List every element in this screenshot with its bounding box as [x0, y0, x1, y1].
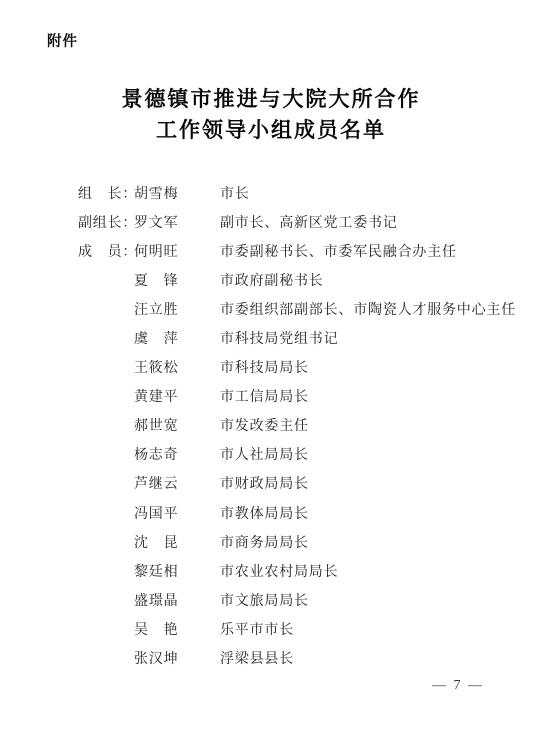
member-name: 黎廷相: [134, 561, 220, 581]
roster-row: 郝世宽 市发改委主任: [78, 411, 526, 440]
member-title: 市教体局局长: [220, 503, 526, 523]
roster-row: 张汉坤 浮梁县县长: [78, 644, 526, 673]
member-title: 副市长、高新区党工委书记: [220, 212, 526, 232]
document-title-line1: 景德镇市推进与大院大所合作: [0, 84, 542, 115]
role-label: 副组长：: [78, 212, 134, 232]
member-name: 杨志奇: [134, 444, 220, 464]
member-name: 罗文军: [134, 212, 220, 232]
roster-row: 杨志奇 市人社局局长: [78, 440, 526, 469]
roster-row: 黎廷相 市农业农村局局长: [78, 556, 526, 585]
roster-row: 黄建平 市工信局局长: [78, 382, 526, 411]
roster-row: 沈 昆 市商务局局长: [78, 527, 526, 556]
member-title: 市长: [220, 183, 526, 203]
attachment-label: 附件: [47, 30, 78, 51]
role-label: 成 员：: [78, 241, 134, 261]
member-title: 市商务局局长: [220, 532, 526, 552]
member-name: 冯国平: [134, 503, 220, 523]
roster-row: 盛璟晶 市文旅局局长: [78, 585, 526, 614]
member-name: 张汉坤: [134, 648, 220, 668]
member-name: 吴 艳: [134, 619, 220, 639]
roster-row: 副组长： 罗文军 副市长、高新区党工委书记: [78, 207, 526, 236]
member-title: 市人社局局长: [220, 444, 526, 464]
roster-row: 成 员： 何明旺 市委副秘书长、市委军民融合办主任: [78, 236, 526, 265]
roster-row: 王筱松 市科技局局长: [78, 353, 526, 382]
member-name: 黄建平: [134, 386, 220, 406]
member-title: 市财政局局长: [220, 473, 526, 493]
member-title: 市政府副秘书长: [220, 270, 526, 290]
roster-row: 夏 锋 市政府副秘书长: [78, 265, 526, 294]
member-roster: 组 长： 胡雪梅 市长 副组长： 罗文军 副市长、高新区党工委书记 成 员： 何…: [78, 178, 526, 673]
member-name: 盛璟晶: [134, 590, 220, 610]
member-title: 市发改委主任: [220, 415, 526, 435]
member-title: 乐平市市长: [220, 619, 526, 639]
member-title: 浮梁县县长: [220, 648, 526, 668]
roster-row: 芦继云 市财政局局长: [78, 469, 526, 498]
role-label: 组 长：: [78, 183, 134, 203]
member-name: 王筱松: [134, 357, 220, 377]
member-name: 胡雪梅: [134, 183, 220, 203]
member-name: 虞 萍: [134, 328, 220, 348]
member-title: 市文旅局局长: [220, 590, 526, 610]
member-title: 市科技局党组书记: [220, 328, 526, 348]
member-title: 市科技局局长: [220, 357, 526, 377]
member-name: 芦继云: [134, 473, 220, 493]
roster-row: 组 长： 胡雪梅 市长: [78, 178, 526, 207]
member-title: 市工信局局长: [220, 386, 526, 406]
roster-row: 冯国平 市教体局局长: [78, 498, 526, 527]
roster-row: 吴 艳 乐平市市长: [78, 614, 526, 643]
roster-row: 汪立胜 市委组织部副部长、市陶瓷人才服务中心主任: [78, 294, 526, 323]
roster-row: 虞 萍 市科技局党组书记: [78, 323, 526, 352]
document-page: 附件 景德镇市推进与大院大所合作 工作领导小组成员名单 组 长： 胡雪梅 市长 …: [0, 0, 542, 738]
member-name: 郝世宽: [134, 415, 220, 435]
member-title: 市委组织部副部长、市陶瓷人才服务中心主任: [220, 299, 526, 319]
member-title: 市农业农村局局长: [220, 561, 526, 581]
page-number: — 7 —: [432, 678, 484, 694]
member-name: 沈 昆: [134, 532, 220, 552]
member-title: 市委副秘书长、市委军民融合办主任: [220, 241, 526, 261]
member-name: 夏 锋: [134, 270, 220, 290]
document-title: 景德镇市推进与大院大所合作 工作领导小组成员名单: [0, 84, 542, 146]
member-name: 汪立胜: [134, 299, 220, 319]
document-title-line2: 工作领导小组成员名单: [0, 115, 542, 146]
member-name: 何明旺: [134, 241, 220, 261]
